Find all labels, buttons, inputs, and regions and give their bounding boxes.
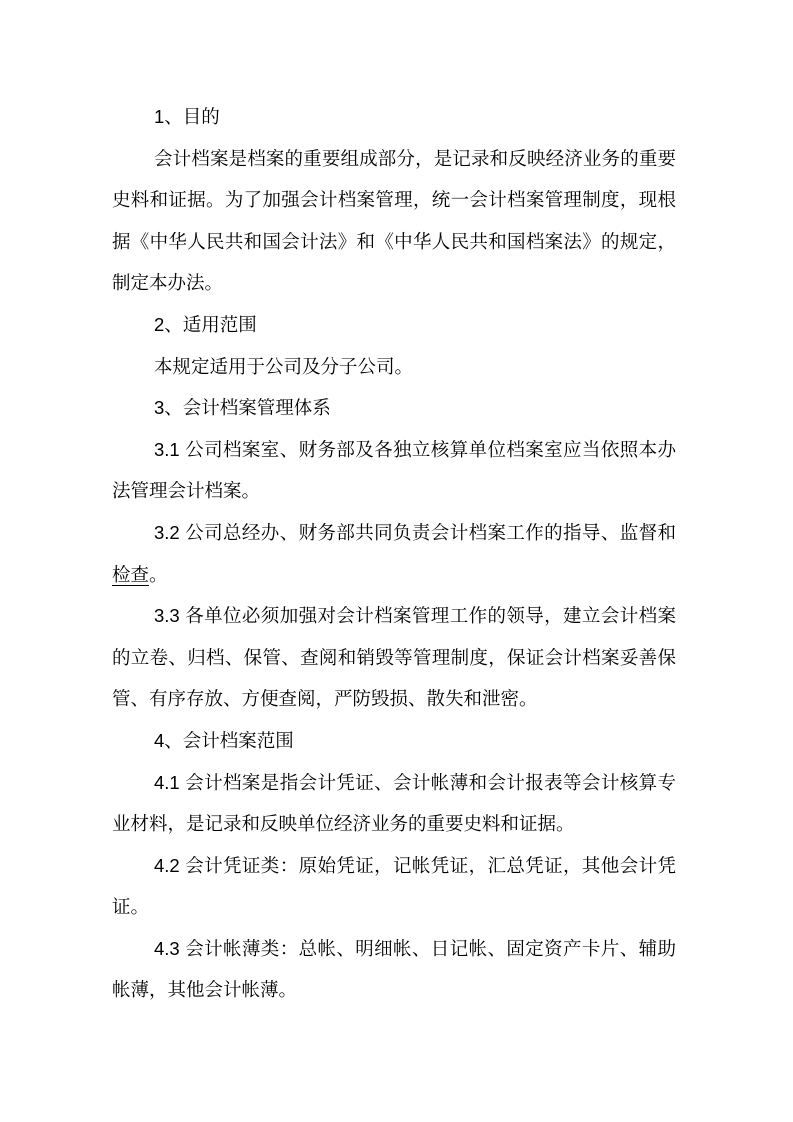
doc-text-line: 本规定适用于公司及分子公司。 xyxy=(112,346,676,388)
doc-text-line: 据《中华人民共和国会计法》和《中华人民共和国档案法》的规定， xyxy=(112,221,676,263)
doc-text-line: 4.1 会计档案是指会计凭证、会计帐薄和会计报表等会计核算专 xyxy=(112,762,676,804)
doc-text-line: 制定本办法。 xyxy=(112,262,676,304)
doc-text-line: 法管理会计档案。 xyxy=(112,470,676,512)
doc-text-line: 4.2 会计凭证类：原始凭证，记帐凭证，汇总凭证，其他会计凭 xyxy=(112,845,676,887)
underlined-text-segment: 检查 xyxy=(112,564,149,585)
doc-text-line: 的立卷、归档、保管、查阅和销毁等管理制度，保证会计档案妥善保 xyxy=(112,637,676,679)
doc-text-line: 检查。 xyxy=(112,554,676,596)
doc-heading-line: 1、目的 xyxy=(112,96,676,138)
doc-text-line: 3.3 各单位必须加强对会计档案管理工作的领导，建立会计档案 xyxy=(112,595,676,637)
doc-text-line: 帐薄，其他会计帐薄。 xyxy=(112,969,676,1011)
doc-heading-line: 3、会计档案管理体系 xyxy=(112,387,676,429)
text-segment: 。 xyxy=(149,564,168,585)
doc-heading-line: 4、会计档案范围 xyxy=(112,720,676,762)
doc-text-line: 会计档案是档案的重要组成部分，是记录和反映经济业务的重要 xyxy=(112,138,676,180)
document-body: 1、目的会计档案是档案的重要组成部分，是记录和反映经济业务的重要史料和证据。为了… xyxy=(112,96,676,1011)
doc-text-line: 史料和证据。为了加强会计档案管理，统一会计档案管理制度，现根 xyxy=(112,179,676,221)
doc-text-line: 业材料，是记录和反映单位经济业务的重要史料和证据。 xyxy=(112,803,676,845)
document-page: 1、目的会计档案是档案的重要组成部分，是记录和反映经济业务的重要史料和证据。为了… xyxy=(0,0,793,1122)
doc-heading-line: 2、适用范围 xyxy=(112,304,676,346)
doc-text-line: 管、有序存放、方便查阅，严防毁损、散失和泄密。 xyxy=(112,678,676,720)
doc-text-line: 3.2 公司总经办、财务部共同负责会计档案工作的指导、监督和 xyxy=(112,512,676,554)
doc-text-line: 4.3 会计帐薄类：总帐、明细帐、日记帐、固定资产卡片、辅助 xyxy=(112,928,676,970)
doc-text-line: 证。 xyxy=(112,886,676,928)
doc-text-line: 3.1 公司档案室、财务部及各独立核算单位档案室应当依照本办 xyxy=(112,429,676,471)
